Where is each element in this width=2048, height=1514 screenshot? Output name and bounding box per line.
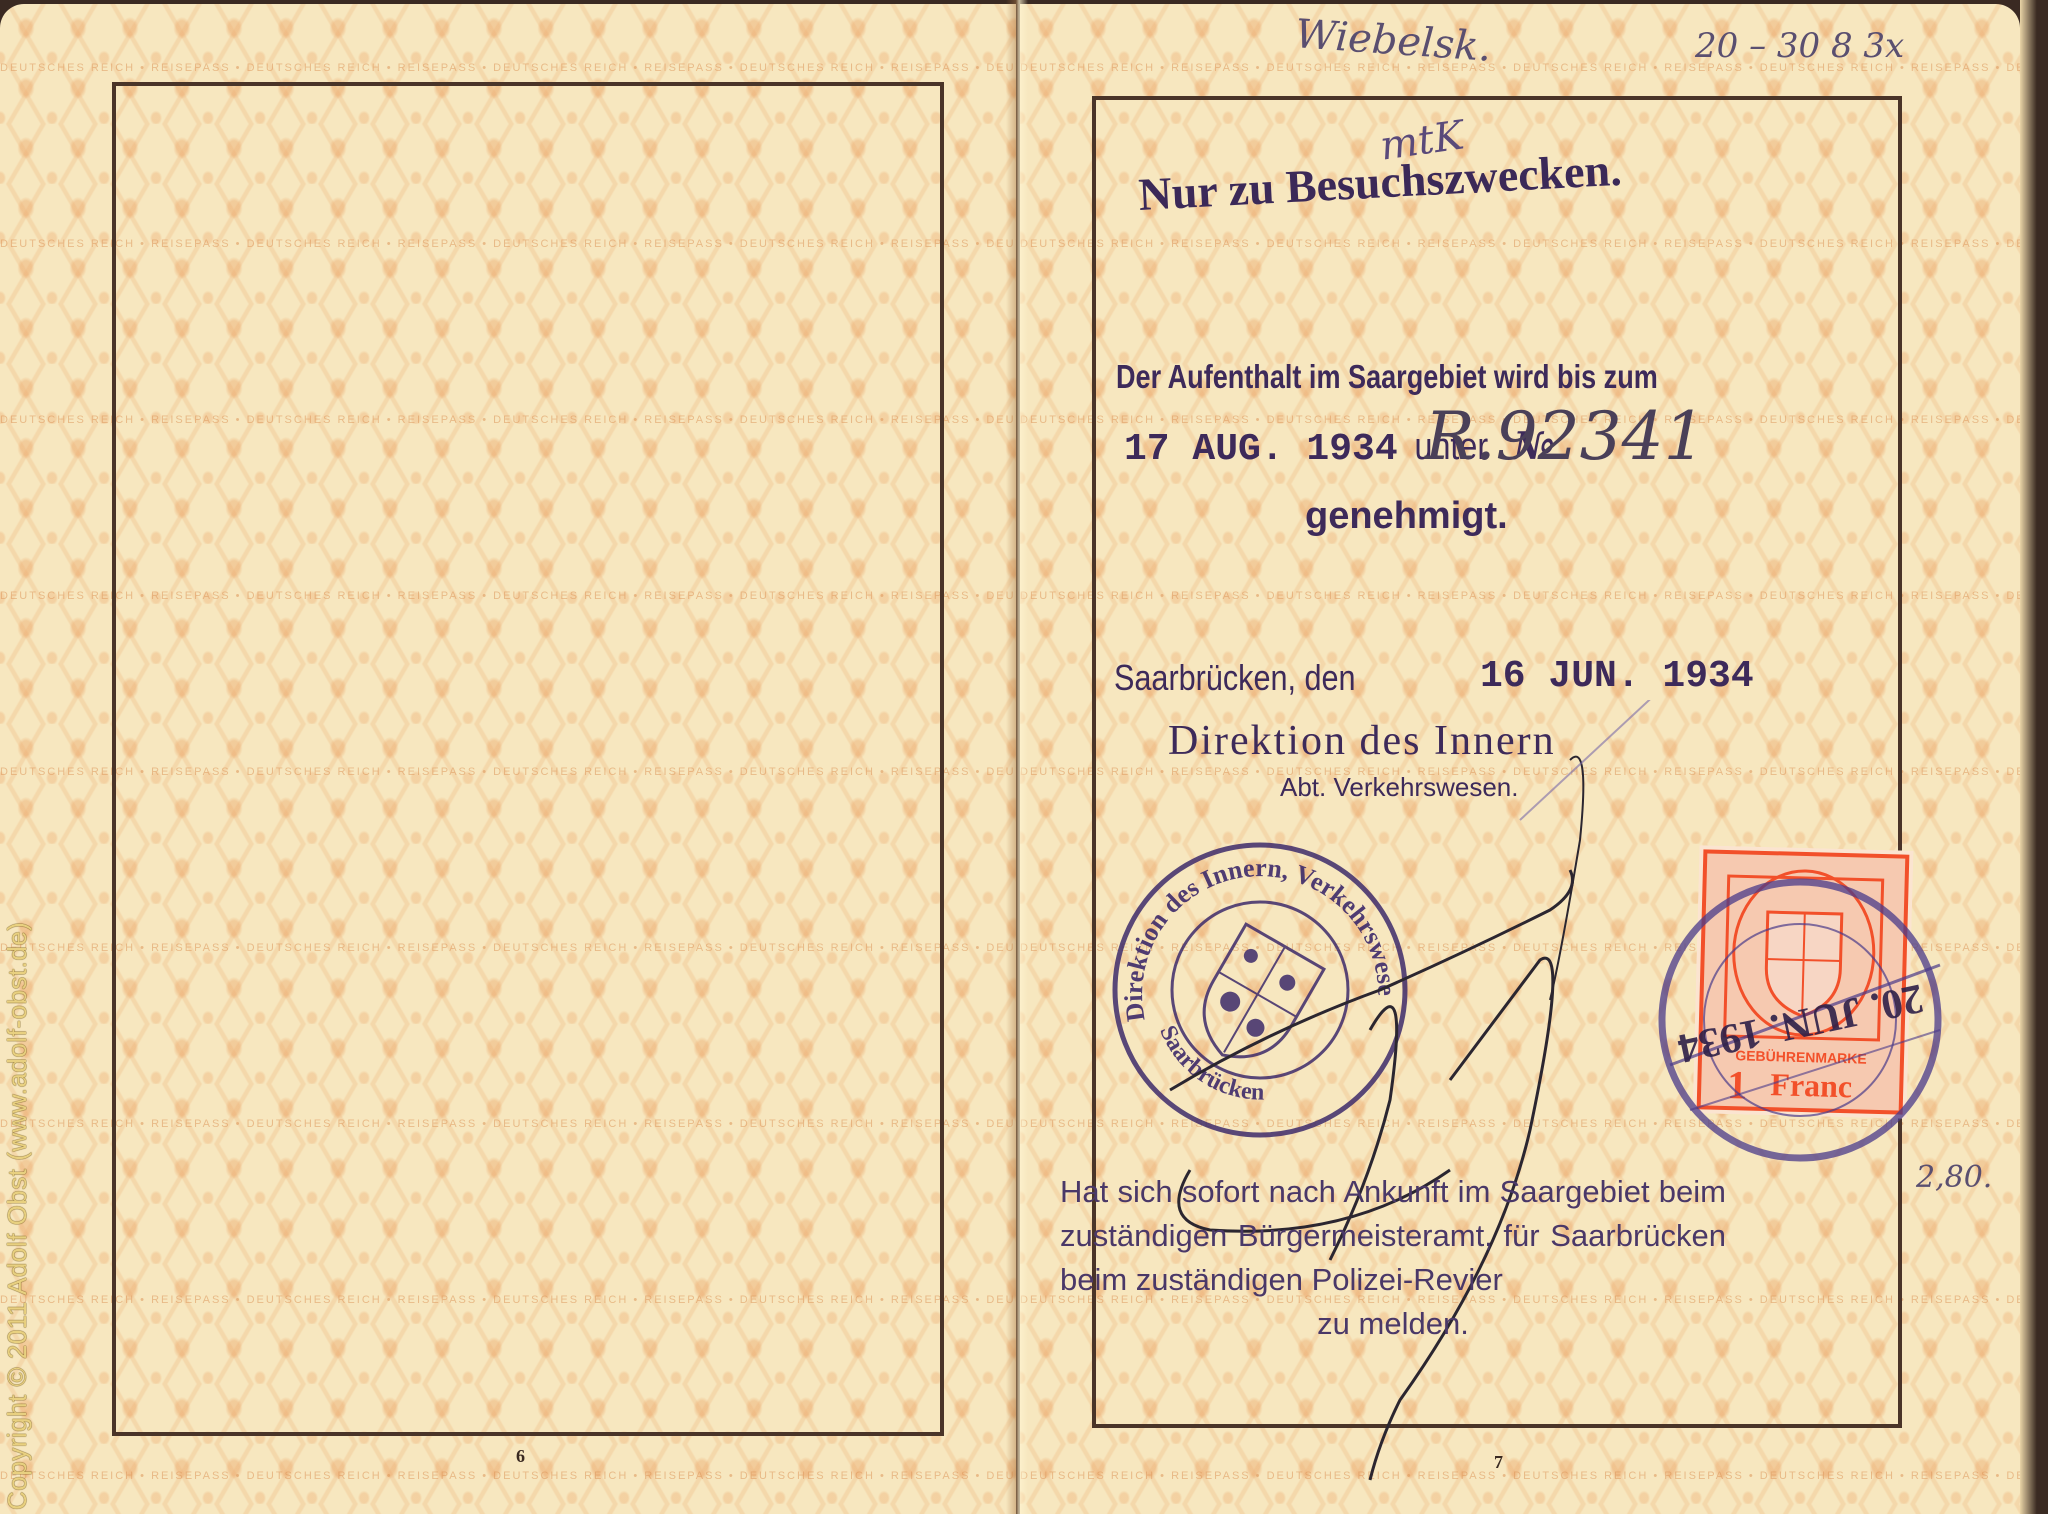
page-edge: [2020, 0, 2048, 1514]
registration-notice: Hat sich sofort nach Ankunft im Saargebi…: [1060, 1170, 1726, 1346]
notice-line: zu melden.: [1060, 1302, 1726, 1346]
issue-date: 16 JUN. 1934: [1480, 655, 1754, 698]
notice-line: Bürgermeisteramt, für Saarbrücken: [1238, 1218, 1726, 1253]
registration-number: R.92341: [1425, 398, 1706, 475]
page-number-6: 6: [516, 1446, 525, 1467]
handwritten-fee: 2,80.: [1916, 1160, 1992, 1195]
copyright-watermark: Copyright © 2011 Adolf Obst (www.adolf-o…: [2, 922, 33, 1510]
handwritten-code: 20 – 30 8 3x: [1695, 26, 1904, 66]
microtext-row: DEUTSCHES REICH • REISEPASS • DEUTSCHES …: [0, 62, 1016, 74]
issue-place: Saarbrücken, den: [1114, 657, 1356, 699]
signature-icon: [1150, 700, 1750, 1500]
center-fold: [1006, 0, 1028, 1514]
microtext-row: DEUTSCHES REICH • REISEPASS • DEUTSCHES …: [0, 1470, 1016, 1482]
passport-spread: DEUTSCHES REICH • REISEPASS • DEUTSCHES …: [0, 0, 2048, 1514]
notice-line: beim zuständigen Polizei-Revier: [1060, 1262, 1503, 1297]
permit-expiry-date: 17 AUG. 1934: [1124, 428, 1398, 471]
left-page-frame: [112, 82, 944, 1436]
permit-line-3: genehmigt.: [1305, 495, 1508, 538]
notice-line: Hat sich sofort nach Ankunft im: [1060, 1174, 1490, 1209]
permit-line-1: Der Aufenthalt im Saargebiet wird bis zu…: [1116, 358, 1658, 396]
